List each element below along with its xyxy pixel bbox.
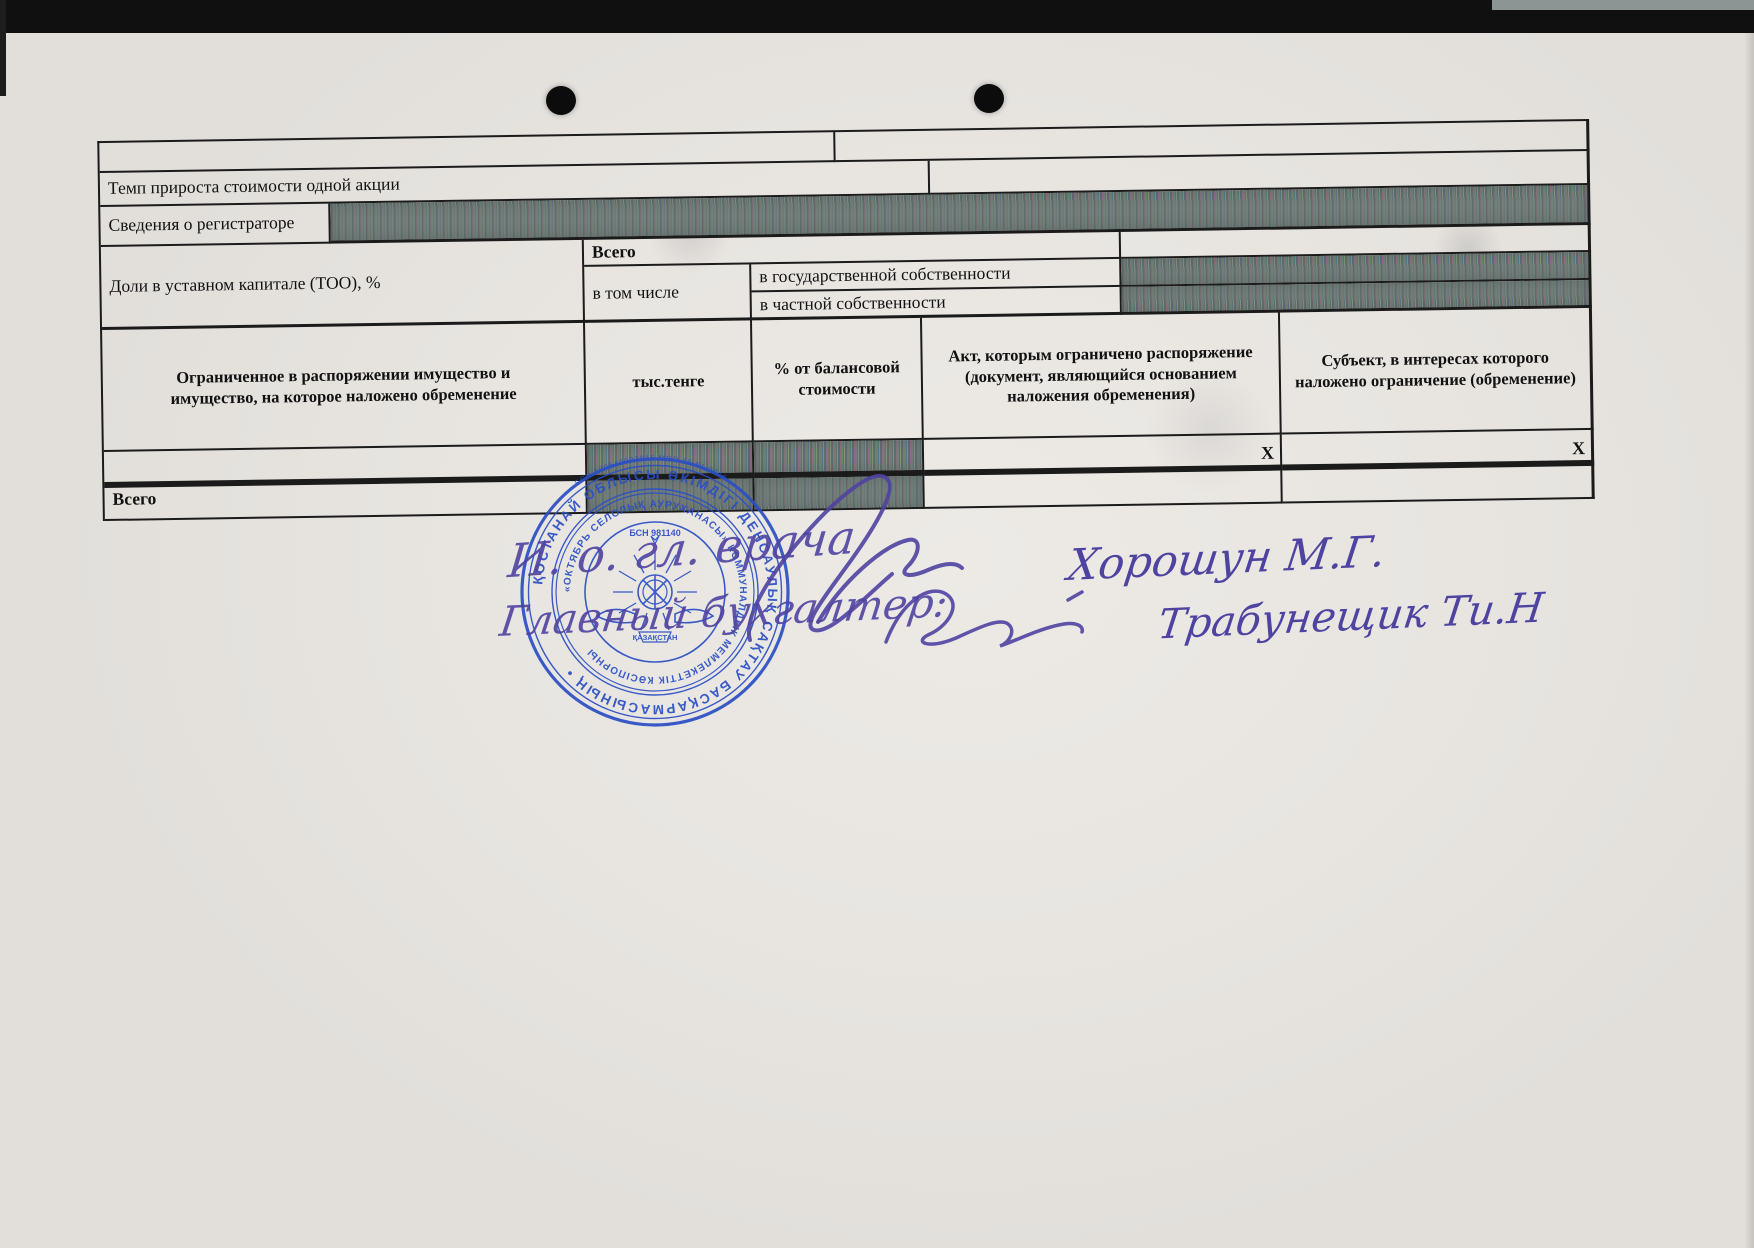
registrar-label: Сведения о регистраторе <box>100 204 331 247</box>
label-text: в том числе <box>592 281 679 304</box>
label-text: в государственной собственности <box>759 263 1011 289</box>
shares-including-label: в том числе <box>584 264 752 322</box>
financial-table: Темп прироста стоимости одной акции Свед… <box>97 119 1594 521</box>
header-restricting-act: Акт, которым ограничено распоряжение (до… <box>922 313 1282 440</box>
x-mark-subject: X <box>1282 430 1594 471</box>
table-header-row: Ограниченное в распоряжении имущество и … <box>102 308 1594 452</box>
handwritten-name-line1: Хорошун М.Г. <box>1067 527 1386 591</box>
scanner-edge-bar <box>0 0 1754 33</box>
signature-scribble-accountant <box>872 578 1102 678</box>
label-text: Доли в уставном капитале (ТОО), % <box>109 272 380 298</box>
empty-cell <box>1282 466 1594 504</box>
shares-label: Доли в уставном капитале (ТОО), % <box>101 240 585 330</box>
hole-punch-right <box>974 84 1004 113</box>
header-text: % от балансовой стоимости <box>761 357 914 401</box>
scanner-edge-left <box>0 0 6 96</box>
label-text: Темп прироста стоимости одной акции <box>108 174 400 200</box>
header-text: Акт, которым ограничено распоряжение (до… <box>934 342 1267 409</box>
handwriting-text: Хорошун М.Г. <box>1065 527 1389 591</box>
x-mark: X <box>1572 437 1585 460</box>
handwritten-name-line2: Трабунещик Ти.Н <box>1157 584 1544 649</box>
header-thousand-tenge: тыс.тенге <box>585 320 754 444</box>
label-text: Всего <box>112 488 156 511</box>
header-text: Субъект, в интересах которого наложено о… <box>1291 347 1581 393</box>
handwriting-text: Трабунещик Ти.Н <box>1155 583 1547 648</box>
label-text: Сведения о регистраторе <box>108 212 294 237</box>
page-edge-shadow <box>1744 33 1754 1248</box>
header-restricted-property: Ограниченное в распоряжении имущество и … <box>102 323 587 452</box>
hole-punch-left <box>546 86 576 115</box>
header-text: Ограниченное в распоряжении имущество и … <box>131 363 557 411</box>
x-mark: X <box>1261 441 1274 464</box>
header-subject: Субъект, в интересах которого наложено о… <box>1280 308 1594 435</box>
scanner-edge-corner <box>1492 0 1754 10</box>
label-text: в частной собственности <box>760 291 946 316</box>
header-text: тыс.тенге <box>632 371 704 393</box>
header-percent-balance: % от балансовой стоимости <box>752 318 924 443</box>
label-text: Всего <box>592 241 636 264</box>
scanned-page: Темп прироста стоимости одной акции Свед… <box>0 0 1754 1248</box>
